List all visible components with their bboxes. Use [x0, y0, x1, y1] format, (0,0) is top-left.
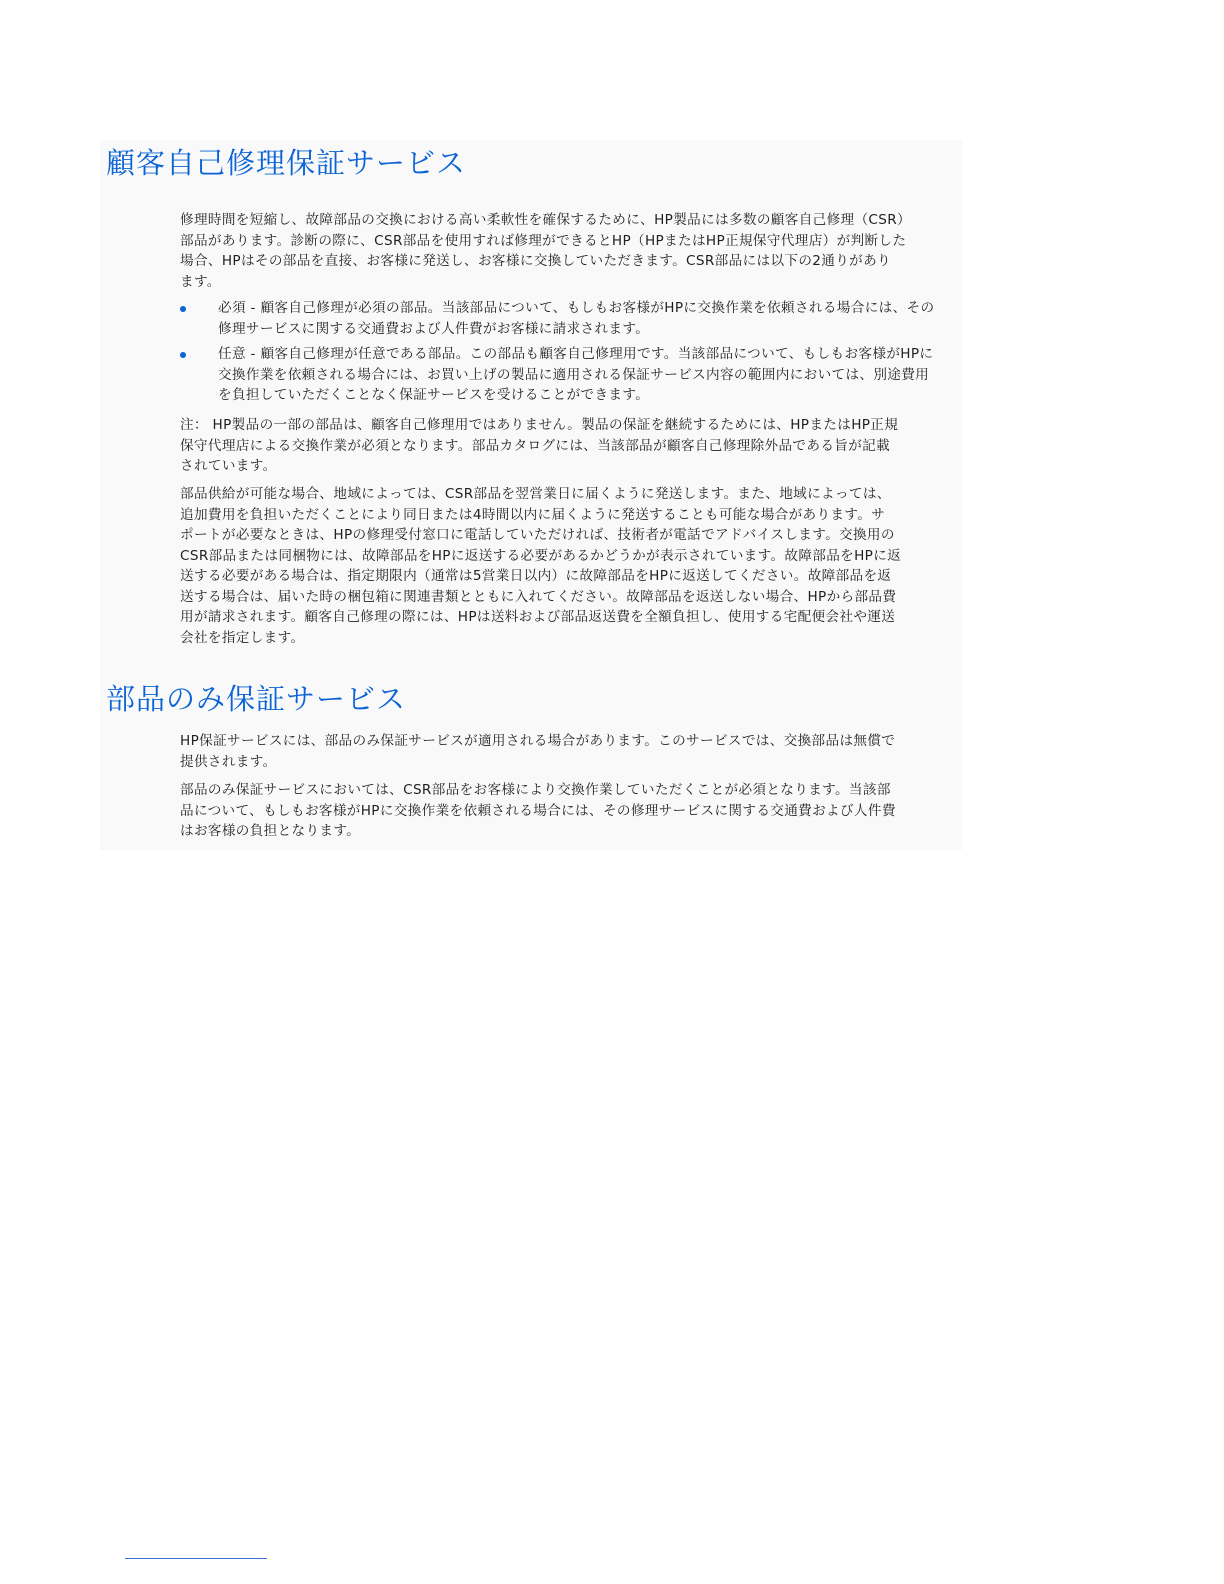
text-line: 部品があります。診断の際に、CSR部品を使用すれば修理ができるとHP（HPまたは…	[180, 231, 960, 252]
text-line: 修理時間を短縮し、故障部品の交換における高い柔軟性を確保するために、HP製品には…	[180, 210, 960, 231]
text-line: 送する場合は、届いた時の梱包箱に関連書類とともに入れてください。故障部品を返送し…	[180, 587, 960, 608]
text-line: 交換作業を依頼される場合には、お買い上げの製品に適用される保証サービス内容の範囲…	[218, 365, 960, 386]
text-line: ポートが必要なときは、HPの修理受付窓口に電話していただければ、技術者が電話でア…	[180, 525, 960, 546]
parts-supply-paragraph: 部品供給が可能な場合、地域によっては、CSR部品を翌営業日に届くように発送します…	[180, 484, 960, 648]
text-line: 場合、HPはその部品を直接、お客様に発送し、お客様に交換していただきます。CSR…	[180, 251, 960, 272]
text-line: 品について、もしもお客様がHPに交換作業を依頼される場合には、その修理サービスに…	[180, 801, 960, 822]
text-line: はお客様の負担となります。	[180, 821, 960, 842]
parts-only-paragraph-1: HP保証サービスには、部品のみ保証サービスが適用される場合があります。このサービ…	[180, 731, 960, 772]
text-line: ます。	[180, 272, 960, 293]
text-line: を負担していただくことなく保証サービスを受けることができます。	[218, 385, 960, 406]
text-line: 必須 - 顧客自己修理が必須の部品。当該部品について、もしもお客様がHPに交換作…	[218, 298, 960, 319]
bullet-text: 必須 - 顧客自己修理が必須の部品。当該部品について、もしもお客様がHPに交換作…	[218, 298, 960, 339]
text-line: 用が請求されます。顧客自己修理の際には、HPは送料および部品返送費を全額負担し、…	[180, 607, 960, 628]
text-line: 修理サービスに関する交通費および人件費がお客様に請求されます。	[218, 319, 960, 340]
bullet-text: 任意 - 顧客自己修理が任意である部品。この部品も顧客自己修理用です。当該部品に…	[218, 344, 960, 406]
text-line: 部品供給が可能な場合、地域によっては、CSR部品を翌営業日に届くように発送します…	[180, 484, 960, 505]
footer-rule	[125, 1558, 267, 1559]
text-line: HP保証サービスには、部品のみ保証サービスが適用される場合があります。このサービ…	[180, 731, 960, 752]
text-line: 部品のみ保証サービスにおいては、CSR部品をお客様により交換作業していただくこと…	[180, 780, 960, 801]
text-line: CSR部品または同梱物には、故障部品をHPに返送する必要があるかどうかが表示され…	[180, 546, 960, 567]
note-paragraph: 注： HP製品の一部の部品は、顧客自己修理用ではありません。製品の保証を継続する…	[180, 415, 960, 477]
text-line: 追加費用を負担いただくことにより同日または4時間以内に届くように発送することも可…	[180, 505, 960, 526]
intro-paragraph: 修理時間を短縮し、故障部品の交換における高い柔軟性を確保するために、HP製品には…	[180, 210, 960, 292]
text-line: されています。	[180, 456, 960, 477]
section-heading-parts-only: 部品のみ保証サービス	[106, 677, 406, 718]
parts-only-paragraph-2: 部品のみ保証サービスにおいては、CSR部品をお客様により交換作業していただくこと…	[180, 780, 960, 842]
text-line: 注： HP製品の一部の部品は、顧客自己修理用ではありません。製品の保証を継続する…	[180, 415, 960, 436]
section-heading-customer-self-repair: 顧客自己修理保証サービス	[106, 141, 466, 182]
text-line: 任意 - 顧客自己修理が任意である部品。この部品も顧客自己修理用です。当該部品に…	[218, 344, 960, 365]
text-line: 会社を指定します。	[180, 628, 960, 649]
text-line: 提供されます。	[180, 752, 960, 773]
text-line: 送する必要がある場合は、指定期限内（通常は5営業日以内）に故障部品をHPに返送し…	[180, 566, 960, 587]
text-line: 保守代理店による交換作業が必須となります。部品カタログには、当該部品が顧客自己修…	[180, 436, 960, 457]
bullet-icon	[180, 352, 186, 358]
bullet-icon	[180, 306, 186, 312]
